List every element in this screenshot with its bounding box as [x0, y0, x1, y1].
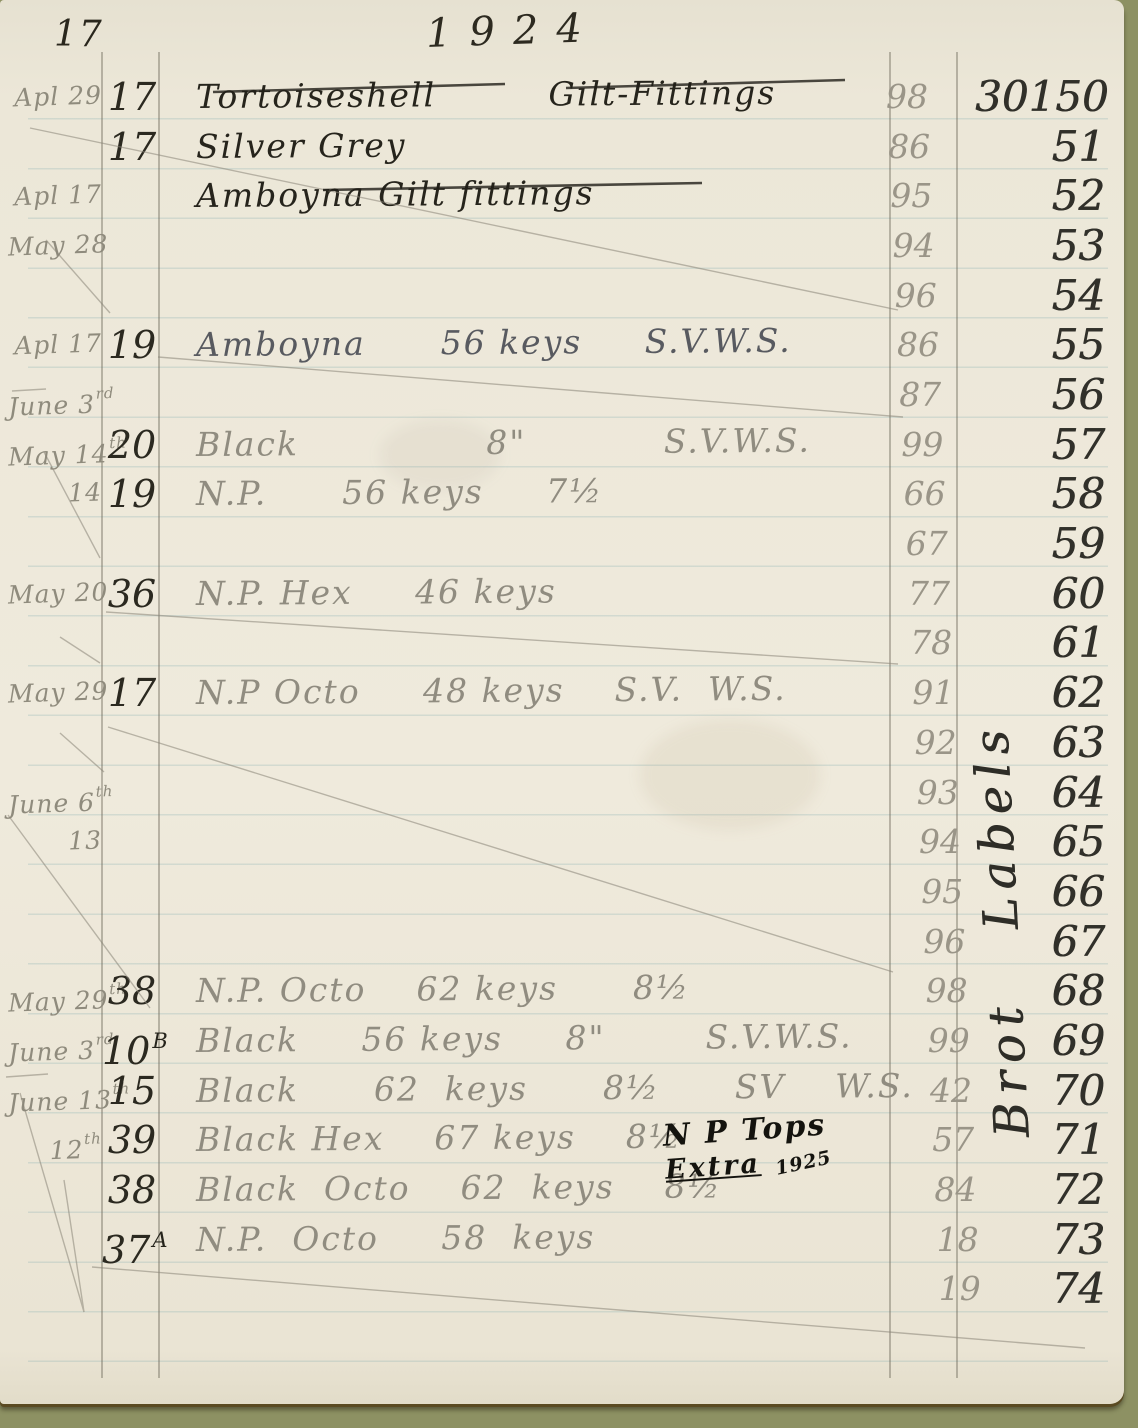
description-cell: N.P. Octo 62 keys 8½ — [196, 963, 690, 1016]
description-cell: N.P. Hex 46 keys — [196, 566, 557, 619]
quantity-cell: 17 — [102, 72, 162, 122]
description-cell: Silver Grey — [196, 120, 407, 171]
quantity-cell: 15 — [102, 1066, 162, 1116]
description-cell: Black Octo 62 keys 8½ — [196, 1161, 722, 1215]
description-cell: N.P. Octo 58 keys — [196, 1212, 596, 1265]
pencil-value: 95 — [878, 171, 944, 221]
date-superscript: th — [95, 781, 113, 800]
pencil-value: 99 — [889, 420, 955, 470]
serial-number: 56 — [975, 370, 1105, 420]
pencil-value: 96 — [911, 917, 977, 967]
ink-annotation: N P Tops Extra1925 — [662, 1110, 833, 1188]
date-cell: Apl 17 — [7, 319, 103, 372]
quantity-cell: 17 — [102, 122, 162, 172]
annotation-line2-year: 1925 — [772, 1143, 834, 1184]
quantity-cell: 38 — [102, 1165, 162, 1215]
description-cell: Amboyna Gilt fittings — [196, 169, 595, 222]
pencil-value: 98 — [914, 966, 980, 1016]
ledger-row: 1974 — [0, 1264, 1124, 1314]
pencil-value: 86 — [876, 122, 942, 172]
pencil-value: 99 — [916, 1016, 982, 1066]
serial-number: 30150 — [975, 72, 1105, 122]
quantity-cell: 38 — [102, 966, 162, 1016]
ledger-row: 9566 — [0, 867, 1124, 917]
page-number: 17 — [54, 14, 104, 55]
ledger-row: 38Black Octo 62 keys 8½8472 — [0, 1165, 1124, 1215]
quantity-cell: 20 — [102, 420, 162, 470]
pencil-value: 98 — [874, 72, 940, 122]
description-cell: N.P Octo 48 keys S.V. W.S. — [196, 664, 787, 718]
pencil-value: 95 — [909, 867, 975, 917]
description-cell: Black 56 keys 8" S.V.W.S. — [196, 1011, 853, 1066]
serial-number: 51 — [975, 122, 1105, 172]
pencil-value: 67 — [894, 519, 960, 569]
ledger-photo-stage: 17 1924 Apl 2917Tortoiseshell Gilt-Fitti… — [0, 0, 1138, 1428]
ledger-row: 17Silver Grey8651 — [0, 122, 1124, 172]
ledger-row: June 3rd8756 — [0, 370, 1124, 420]
ledger-page: 17 1924 Apl 2917Tortoiseshell Gilt-Fitti… — [0, 0, 1124, 1404]
annotation-line2-word: Extra — [664, 1148, 762, 1186]
pencil-value: 93 — [905, 768, 971, 818]
pencil-value: 66 — [892, 469, 958, 519]
ledger-row: June 6th9364 — [0, 768, 1124, 818]
ledger-row: 139465 — [0, 817, 1124, 867]
quantity-superscript: B — [152, 1029, 167, 1053]
quantity-cell: 17 — [102, 668, 162, 718]
serial-number: 52 — [975, 171, 1105, 221]
description-cell: Black 8" S.V.W.S. — [196, 415, 811, 469]
ledger-row: June 13th15Black 62 keys 8½ SV W.S.4270 — [0, 1066, 1124, 1116]
ledger-row: 12th39Black Hex 67 keys 8½5771 — [0, 1115, 1124, 1165]
pencil-value: 91 — [900, 668, 966, 718]
ledger-row: May 2917N.P Octo 48 keys S.V. W.S.9162 — [0, 668, 1124, 718]
date-superscript: th — [84, 1130, 102, 1149]
pencil-value: 92 — [903, 718, 969, 768]
ledger-row: June 3rd10BBlack 56 keys 8" S.V.W.S.9969 — [0, 1016, 1124, 1066]
ledger-row: May 29th38N.P. Octo 62 keys 8½9868 — [0, 966, 1124, 1016]
quantity-cell: 36 — [102, 569, 162, 619]
description-cell: Tortoiseshell Gilt-Fittings — [196, 68, 777, 122]
description-cell: Black Hex 67 keys 8½ — [196, 1112, 683, 1165]
date-cell: 13 — [7, 816, 103, 869]
date-cell: May 29 — [7, 667, 103, 720]
ledger-row: 9654 — [0, 271, 1124, 321]
serial-number: 54 — [975, 271, 1105, 321]
date-cell: Apl 29 — [7, 70, 103, 123]
description-cell: Black 62 keys 8½ SV W.S. — [196, 1061, 914, 1116]
year-heading: 1924 — [425, 5, 600, 57]
pencil-value: 96 — [883, 271, 949, 321]
pencil-value: 94 — [881, 221, 947, 271]
pencil-value: 77 — [896, 569, 962, 619]
quantity-cell: 39 — [102, 1115, 162, 1165]
ledger-row: 9263 — [0, 718, 1124, 768]
pencil-value: 87 — [887, 370, 953, 420]
date-cell: May 20 — [7, 567, 103, 620]
date-cell: Apl 17 — [7, 170, 103, 223]
pencil-value: 78 — [898, 618, 964, 668]
serial-number: 53 — [975, 221, 1105, 271]
date-cell: May 28 — [7, 219, 103, 272]
description-cell: Amboyna 56 keys S.V.W.S. — [196, 316, 792, 370]
date-cell: 14 — [7, 468, 103, 521]
quantity-cell: 19 — [102, 320, 162, 370]
serial-number: 57 — [975, 420, 1105, 470]
ledger-row: 9667 — [0, 917, 1124, 967]
quantity-superscript: A — [152, 1228, 167, 1252]
ledger-row: May 14th20Black 8" S.V.W.S.9957 — [0, 420, 1124, 470]
ledger-row: 7861 — [0, 618, 1124, 668]
quantity-cell: 19 — [102, 469, 162, 519]
ledger-row: Apl 17Amboyna Gilt fittings9552 — [0, 171, 1124, 221]
serial-number: 55 — [975, 320, 1105, 370]
date-superscript: rd — [95, 384, 114, 403]
ledger-row: 37AN.P. Octo 58 keys1873 — [0, 1215, 1124, 1265]
pencil-value: 86 — [885, 320, 951, 370]
ledger-row: May 289453 — [0, 221, 1124, 271]
description-cell: N.P. 56 keys 7½ — [196, 467, 604, 520]
ledger-row: Apl 2917Tortoiseshell Gilt-Fittings98301… — [0, 72, 1124, 122]
pencil-value: 94 — [907, 817, 973, 867]
ledger-row: Apl 1719Amboyna 56 keys S.V.W.S.8655 — [0, 320, 1124, 370]
